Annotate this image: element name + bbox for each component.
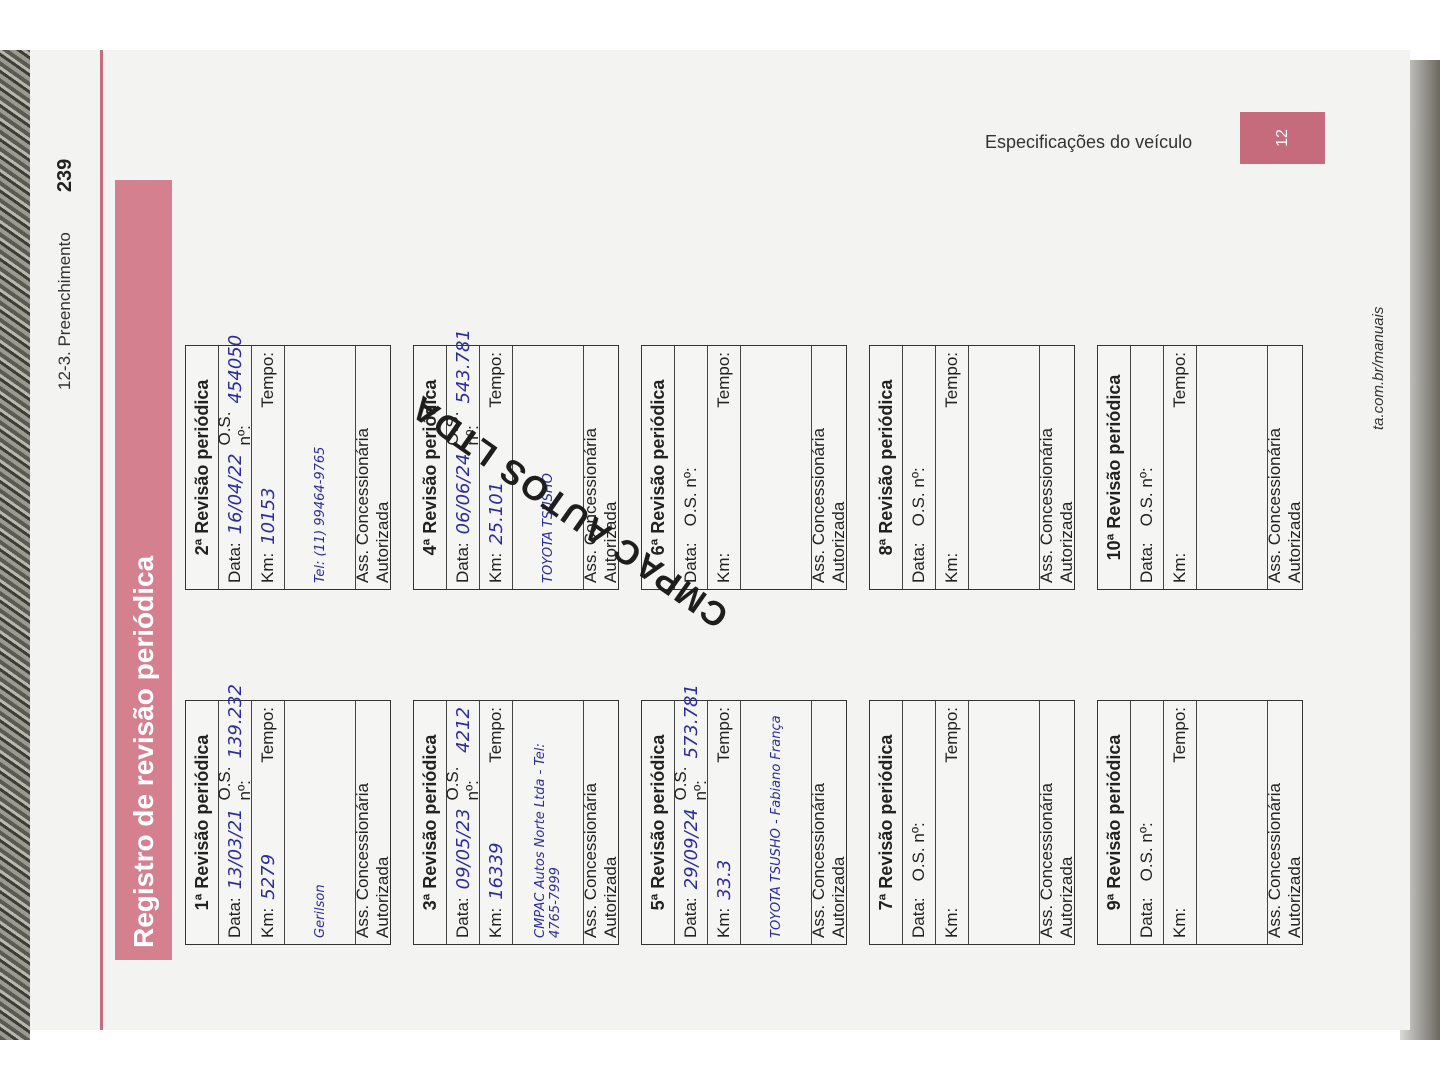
os-label: O.S. nº: (1137, 467, 1157, 526)
signature-row: Ass. Concessionária Autorizada (584, 701, 618, 944)
signature-label: Ass. Concessionária Autorizada (1265, 707, 1305, 938)
km-row: Km: 16339 Tempo: (480, 701, 513, 944)
data-label: Data: (1137, 897, 1157, 938)
km-label: Km: (942, 553, 962, 583)
os-value: 454050 (225, 335, 246, 404)
signature-label: Ass. Concessionária Autorizada (1265, 352, 1305, 583)
revision-card-1: 1ª Revisão periódica Data: 13/03/21 O.S.… (185, 700, 391, 945)
manual-page: Especificações do veículo 12 12-3. Preen… (30, 50, 1410, 1030)
km-value: 10153 (258, 488, 279, 545)
notes-row: Tel: (11) 99464-9765 (285, 346, 356, 589)
signature-label: Ass. Concessionária Autorizada (353, 707, 393, 938)
revision-card-9: 9ª Revisão periódica Data: O.S. nº: Km: … (1097, 700, 1303, 945)
card-title-text: 7ª Revisão periódica (876, 735, 897, 911)
signature-row: Ass. Concessionária Autorizada (1040, 346, 1074, 589)
revision-card-6: 6ª Revisão periódica Data: O.S. nº: Km: … (641, 345, 847, 590)
signature-row: Ass. Concessionária Autorizada (812, 346, 846, 589)
card-title: 9ª Revisão periódica (1098, 701, 1131, 944)
tempo-label: Tempo: (1170, 707, 1190, 763)
os-value: 139.232 (225, 684, 246, 758)
data-row: Data: O.S. nº: (675, 346, 708, 589)
notes-row (1197, 701, 1268, 944)
km-label: Km: (486, 553, 506, 583)
km-label: Km: (258, 553, 278, 583)
title-band: Registro de revisão periódica (115, 180, 172, 960)
notes-row: Gerilson (285, 701, 356, 944)
signature-row: Ass. Concessionária Autorizada (1268, 701, 1302, 944)
granite-background (0, 50, 30, 1040)
note-text: CMPAC Autos Norte Ltda - Tel: 4765-7999 (533, 707, 563, 938)
km-label: Km: (258, 908, 278, 938)
km-label: Km: (486, 908, 506, 938)
card-title: 3ª Revisão periódica (414, 701, 447, 944)
signature-label: Ass. Concessionária Autorizada (581, 707, 621, 938)
tempo-label: Tempo: (714, 707, 734, 763)
km-value: 33.3 (714, 860, 735, 900)
os-value: 543.781 (453, 329, 474, 403)
data-row: Data: O.S. nº: (903, 346, 936, 589)
signature-row: Ass. Concessionária Autorizada (812, 701, 846, 944)
running-section: 12-3. Preenchimento (55, 232, 75, 390)
running-header: 12-3. Preenchimento 239 (30, 159, 100, 390)
tempo-label: Tempo: (942, 707, 962, 763)
os-label: O.S. nº: (671, 767, 711, 801)
header-rule (100, 50, 103, 1030)
km-row: Km: 5279 Tempo: (252, 701, 285, 944)
km-value: 16339 (486, 843, 507, 900)
os-label: O.S. nº: (443, 761, 483, 801)
os-label: O.S. nº: (215, 412, 255, 446)
card-title-text: 2ª Revisão periódica (192, 380, 213, 556)
revision-grid: 1ª Revisão periódica Data: 13/03/21 O.S.… (185, 345, 1303, 945)
card-title: 7ª Revisão periódica (870, 701, 903, 944)
signature-label: Ass. Concessionária Autorizada (809, 707, 849, 938)
tempo-label: Tempo: (1170, 352, 1190, 408)
km-label: Km: (714, 908, 734, 938)
km-label: Km: (942, 908, 962, 938)
data-row: Data: 29/09/24 O.S. nº: 573.781 (675, 701, 708, 944)
notes-row (969, 701, 1040, 944)
km-row: Km: Tempo: (936, 346, 969, 589)
revision-card-7: 7ª Revisão periódica Data: O.S. nº: Km: … (869, 700, 1075, 945)
km-row: Km: Tempo: (936, 701, 969, 944)
page-number: 239 (54, 159, 77, 192)
card-title-text: 3ª Revisão periódica (420, 735, 441, 911)
card-title: 4ª Revisão periódica (414, 346, 447, 589)
footer-url: ta.com.br/manuais (1370, 307, 1387, 430)
data-value: 16/04/22 (225, 454, 246, 535)
data-row: Data: 16/04/22 O.S. nº: 454050 (219, 346, 252, 589)
data-row: Data: O.S. nº: (1131, 701, 1164, 944)
revision-card-8: 8ª Revisão periódica Data: O.S. nº: Km: … (869, 345, 1075, 590)
data-label: Data: (681, 897, 701, 938)
card-title-text: 9ª Revisão periódica (1104, 735, 1125, 911)
signature-label: Ass. Concessionária Autorizada (809, 352, 849, 583)
notes-row (1197, 346, 1268, 589)
card-title-text: 10ª Revisão periódica (1104, 375, 1125, 561)
notes-row (741, 346, 812, 589)
data-label: Data: (453, 897, 473, 938)
km-label: Km: (1170, 908, 1190, 938)
km-row: Km: 33.3 Tempo: (708, 701, 741, 944)
data-label: Data: (909, 542, 929, 583)
data-row: Data: O.S. nº: (903, 701, 936, 944)
signature-row: Ass. Concessionária Autorizada (1268, 346, 1302, 589)
revision-card-10: 10ª Revisão periódica Data: O.S. nº: Km:… (1097, 345, 1303, 590)
card-title: 2ª Revisão periódica (186, 346, 219, 589)
km-value: 5279 (258, 854, 279, 900)
tempo-label: Tempo: (942, 352, 962, 408)
data-value: 29/09/24 (681, 809, 702, 890)
os-label: O.S. nº: (1137, 822, 1157, 881)
data-label: Data: (225, 542, 245, 583)
data-row: Data: O.S. nº: (1131, 346, 1164, 589)
signature-label: Ass. Concessionária Autorizada (353, 352, 393, 583)
km-label: Km: (1170, 553, 1190, 583)
card-title-text: 1ª Revisão periódica (192, 735, 213, 911)
data-label: Data: (1137, 542, 1157, 583)
signature-row: Ass. Concessionária Autorizada (1040, 701, 1074, 944)
signature-label: Ass. Concessionária Autorizada (1037, 352, 1077, 583)
card-title: 10ª Revisão periódica (1098, 346, 1131, 589)
os-label: O.S. nº: (909, 822, 929, 881)
signature-label: Ass. Concessionária Autorizada (1037, 707, 1077, 938)
tempo-label: Tempo: (486, 707, 506, 763)
os-label: O.S. nº: (681, 467, 701, 526)
revision-card-2: 2ª Revisão periódica Data: 16/04/22 O.S.… (185, 345, 391, 590)
card-title-text: 6ª Revisão periódica (648, 380, 669, 556)
tempo-label: Tempo: (258, 352, 278, 408)
km-row: Km: Tempo: (1164, 701, 1197, 944)
km-label: Km: (714, 553, 734, 583)
os-value: 4212 (453, 707, 474, 753)
tempo-label: Tempo: (714, 352, 734, 408)
card-title-text: 8ª Revisão periódica (876, 380, 897, 556)
km-value: 25.101 (486, 482, 507, 545)
data-label: Data: (909, 897, 929, 938)
data-value: 13/03/21 (225, 809, 246, 890)
os-label: O.S. nº: (909, 467, 929, 526)
signature-row: Ass. Concessionária Autorizada (356, 701, 390, 944)
note-text: Gerilson (313, 884, 328, 938)
signature-row: Ass. Concessionária Autorizada (356, 346, 390, 589)
notes-row: TOYOTA TSUSHO - Fabiano França (741, 701, 812, 944)
os-value: 573.781 (681, 684, 702, 758)
km-row: Km: 10153 Tempo: (252, 346, 285, 589)
data-row: Data: 09/05/23 O.S. nº: 4212 (447, 701, 480, 944)
card-title-text: 5ª Revisão periódica (648, 735, 669, 911)
data-value: 09/05/23 (453, 809, 474, 890)
data-label: Data: (453, 542, 473, 583)
rotated-sheet: 12-3. Preenchimento 239 Registro de revi… (30, 50, 1410, 1030)
km-row: Km: Tempo: (1164, 346, 1197, 589)
card-title: 1ª Revisão periódica (186, 701, 219, 944)
data-row: Data: 13/03/21 O.S. nº: 139.232 (219, 701, 252, 944)
notes-row: CMPAC Autos Norte Ltda - Tel: 4765-7999 (513, 701, 584, 944)
tempo-label: Tempo: (486, 352, 506, 408)
note-text: Tel: (11) 99464-9765 (313, 447, 328, 583)
page-title: Registro de revisão periódica (128, 556, 160, 948)
os-label: O.S. nº: (215, 767, 255, 801)
revision-card-3: 3ª Revisão periódica Data: 09/05/23 O.S.… (413, 700, 619, 945)
km-row: Km: Tempo: (708, 346, 741, 589)
tempo-label: Tempo: (258, 707, 278, 763)
notes-row (969, 346, 1040, 589)
revision-card-5: 5ª Revisão periódica Data: 29/09/24 O.S.… (641, 700, 847, 945)
card-title: 5ª Revisão periódica (642, 701, 675, 944)
card-title: 8ª Revisão periódica (870, 346, 903, 589)
note-text: TOYOTA TSUSHO - Fabiano França (769, 715, 784, 938)
data-label: Data: (225, 897, 245, 938)
